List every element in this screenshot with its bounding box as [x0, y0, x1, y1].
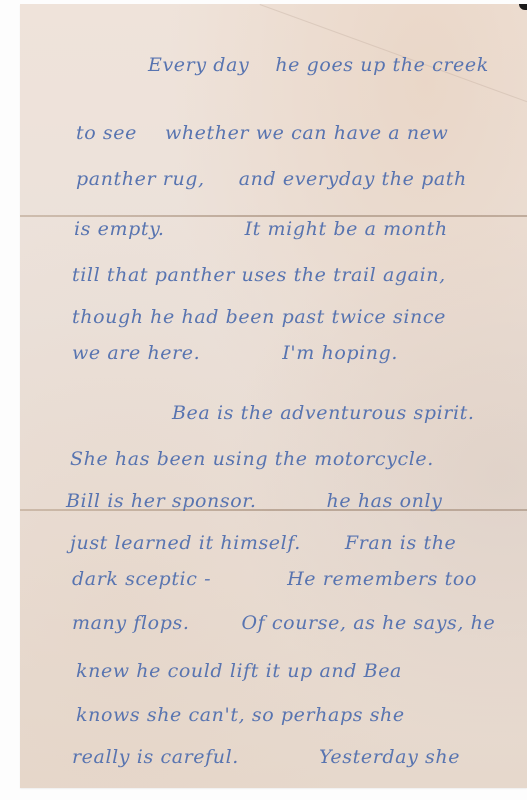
letter-line-16: really is careful.Yesterday she — [72, 748, 460, 767]
letter-text: Bill is her sponsor. — [66, 490, 257, 512]
letter-line-15: knows she can't, so perhaps she — [76, 706, 405, 725]
letter-text: Yesterday she — [319, 746, 460, 768]
letter-line-1: Every dayhe goes up the creek — [148, 56, 489, 75]
letter-text: to see — [76, 122, 137, 144]
letter-text: She has been using the motorcycle. — [70, 448, 434, 470]
letter-text: Every day — [148, 54, 249, 76]
letter-line-4: is empty.It might be a month — [74, 220, 448, 239]
letter-line-10: Bill is her sponsor.he has only — [66, 492, 442, 511]
letter-text: he has only — [327, 490, 443, 512]
letter-line-8: Bea is the adventurous spirit. — [172, 404, 475, 423]
letter-text: just learned it himself. — [70, 532, 301, 554]
letter-text: is empty. — [74, 218, 165, 240]
letter-line-2: to seewhether we can have a new — [76, 124, 448, 143]
letter-page: Every dayhe goes up the creek to seewhet… — [20, 4, 527, 788]
letter-text: It might be a month — [245, 218, 448, 240]
letter-line-3: panther rug,and everyday the path — [76, 170, 467, 189]
letter-line-6: though he had been past twice since — [72, 308, 446, 327]
letter-text: I'm hoping. — [282, 342, 398, 364]
letter-text: and everyday the path — [239, 168, 467, 190]
letter-text: panther rug, — [76, 168, 205, 190]
letter-text: Fran is the — [345, 532, 456, 554]
letter-line-7: we are here.I'm hoping. — [72, 344, 398, 363]
letter-text: Of course, as he says, he — [241, 612, 495, 634]
letter-line-12: dark sceptic -He remembers too — [72, 570, 477, 589]
letter-text: He remembers too — [287, 568, 477, 590]
letter-line-9: She has been using the motorcycle. — [70, 450, 434, 469]
letter-text: knew he could lift it up and Bea — [76, 660, 402, 682]
letter-text: many flops. — [72, 612, 189, 634]
letter-line-5: till that panther uses the trail again, — [72, 266, 446, 285]
letter-text: we are here. — [72, 342, 200, 364]
letter-text: really is careful. — [72, 746, 239, 768]
letter-text: though he had been past twice since — [72, 306, 446, 328]
letter-text: he goes up the creek — [275, 54, 488, 76]
letter-text: Bea is the adventurous spirit. — [172, 402, 475, 424]
fold-line-upper — [20, 215, 527, 217]
page-corner-shadow — [519, 4, 527, 10]
letter-line-13: many flops.Of course, as he says, he — [72, 614, 495, 633]
letter-text: till that panther uses the trail again, — [72, 264, 446, 286]
letter-text: whether we can have a new — [165, 122, 448, 144]
letter-line-14: knew he could lift it up and Bea — [76, 662, 402, 681]
letter-text: dark sceptic - — [72, 568, 211, 590]
letter-text: knows she can't, so perhaps she — [76, 704, 405, 726]
letter-line-11: just learned it himself.Fran is the — [70, 534, 456, 553]
